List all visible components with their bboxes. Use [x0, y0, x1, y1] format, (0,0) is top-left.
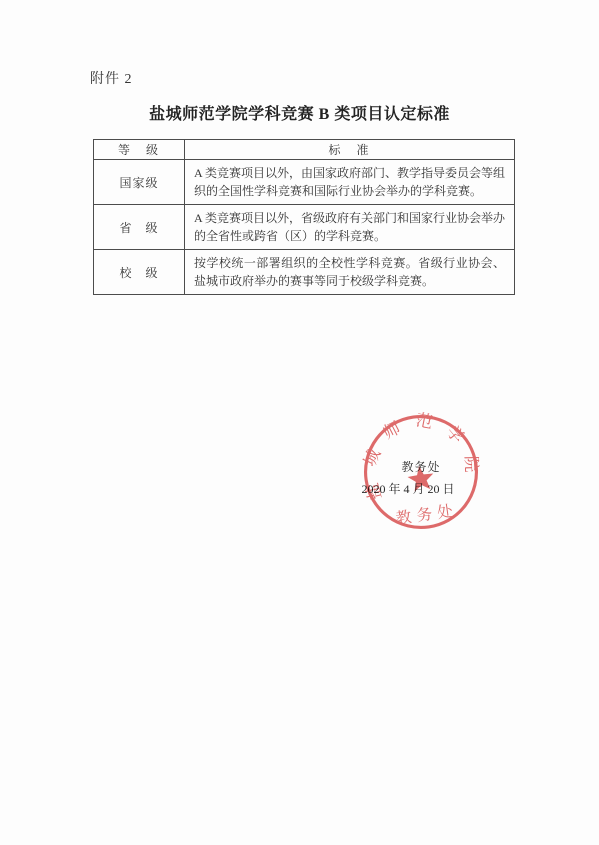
standard-cell-school: 按学校统一部署组织的全校性学科竞赛。省级行业协会、盐城市政府举办的赛事等同于校级…	[185, 250, 515, 295]
table-row: 国家级 A 类竞赛项目以外，由国家政府部门、教学指导委员会等组织的全国性学科竞赛…	[94, 160, 515, 205]
seal-department-text: 教务处	[395, 501, 460, 528]
column-header-standard: 标 准	[185, 140, 515, 160]
official-seal-stamp: 盐城师范学院 教务处	[344, 395, 498, 549]
page-title: 盐城师范学院学科竞赛 B 类项目认定标准	[0, 101, 599, 124]
level-cell-school: 校 级	[94, 250, 185, 295]
document-page: 附件 2 盐城师范学院学科竞赛 B 类项目认定标准 等 级 标 准 国家级 A …	[0, 0, 599, 845]
standard-cell-provincial: A 类竞赛项目以外，省级政府有关部门和国家行业协会举办的全省性或跨省（区）的学科…	[185, 205, 515, 250]
table-row: 校 级 按学校统一部署组织的全校性学科竞赛。省级行业协会、盐城市政府举办的赛事等…	[94, 250, 515, 295]
star-icon	[406, 464, 435, 492]
level-cell-provincial: 省 级	[94, 205, 185, 250]
level-cell-national: 国家级	[94, 160, 185, 205]
table-row: 省 级 A 类竞赛项目以外，省级政府有关部门和国家行业协会举办的全省性或跨省（区…	[94, 205, 515, 250]
attachment-label: 附件 2	[90, 68, 133, 88]
standard-cell-national: A 类竞赛项目以外，由国家政府部门、教学指导委员会等组织的全国性学科竞赛和国际行…	[185, 160, 515, 205]
column-header-level: 等 级	[94, 140, 185, 160]
table-header-row: 等 级 标 准	[94, 140, 515, 160]
criteria-table: 等 级 标 准 国家级 A 类竞赛项目以外，由国家政府部门、教学指导委员会等组织…	[93, 139, 515, 295]
